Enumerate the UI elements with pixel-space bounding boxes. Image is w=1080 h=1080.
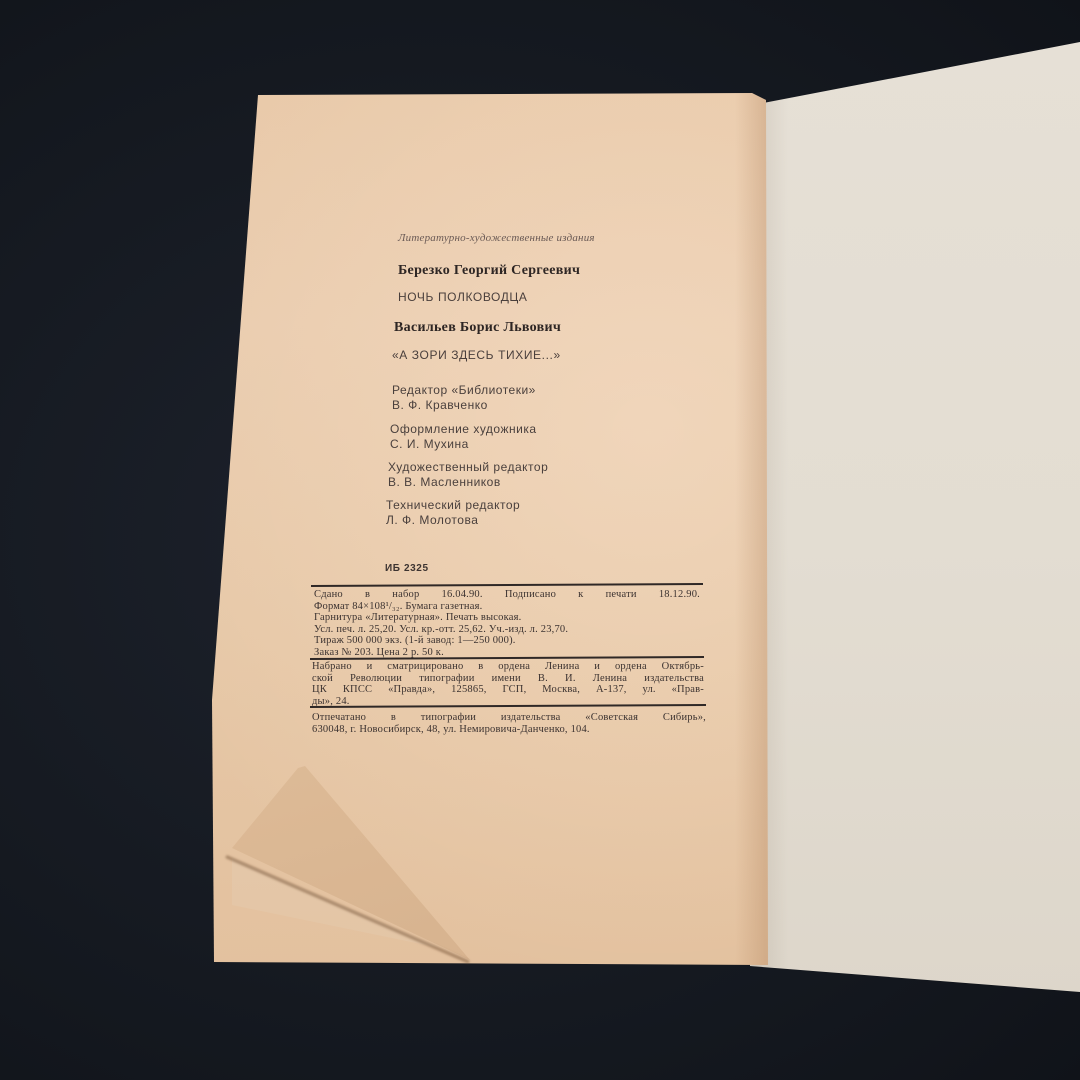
- imprint-line: Усл. печ. л. 25,20. Усл. кр.-отт. 25,62.…: [314, 624, 700, 636]
- credit-name: Л. Ф. Молотова: [386, 513, 520, 528]
- imprint-line: Формат 84×108¹/₃₂. Бумага газетная.: [314, 601, 700, 613]
- typesetting-line: Набрано и сматрицировано в ордена Ленина…: [312, 661, 704, 673]
- credit-library-editor: Редактор «Библиотеки» В. Ф. Кравченко: [392, 383, 536, 413]
- credit-role: Художественный редактор: [388, 460, 548, 475]
- imprint-line: Гарнитура «Литературная». Печать высокая…: [314, 612, 700, 624]
- imprint-line: Тираж 500 000 экз. (1-й завод: 1—250 000…: [314, 635, 700, 647]
- work-title-2: «А ЗОРИ ЗДЕСЬ ТИХИЕ...»: [392, 348, 561, 362]
- typesetting-line: ЦК КПСС «Правда», 125865, ГСП, Москва, А…: [312, 684, 704, 696]
- series-label: Литературно-художественные издания: [398, 232, 595, 244]
- typesetting-block: Набрано и сматрицировано в ордена Ленина…: [312, 661, 704, 707]
- credit-artist: Оформление художника С. И. Мухина: [390, 422, 537, 452]
- credit-role: Редактор «Библиотеки»: [392, 383, 536, 398]
- credit-name: С. И. Мухина: [390, 437, 537, 452]
- printing-block: Отпечатано в типографии издательства «Со…: [312, 712, 706, 735]
- credit-role: Технический редактор: [386, 498, 520, 513]
- credit-name: В. В. Масленников: [388, 475, 548, 490]
- author-2: Васильев Борис Львович: [394, 320, 561, 336]
- credit-tech-editor: Технический редактор Л. Ф. Молотова: [386, 498, 520, 528]
- ib-number: ИБ 2325: [385, 563, 429, 574]
- typesetting-line: ской Революции типографии имени В. И. Ле…: [312, 673, 704, 685]
- credit-role: Оформление художника: [390, 422, 537, 437]
- imprint-block: Сдано в набор 16.04.90. Подписано к печа…: [314, 589, 700, 658]
- author-1: Березко Георгий Сергеевич: [398, 263, 580, 279]
- credit-art-editor: Художественный редактор В. В. Масленнико…: [388, 460, 548, 490]
- imprint-line: Сдано в набор 16.04.90. Подписано к печа…: [314, 589, 700, 601]
- credit-name: В. Ф. Кравченко: [392, 398, 536, 413]
- printing-line: Отпечатано в типографии издательства «Со…: [312, 712, 706, 724]
- printing-line: 630048, г. Новосибирск, 48, ул. Немирови…: [312, 724, 706, 736]
- work-title-1: НОЧЬ ПОЛКОВОДЦА: [398, 290, 528, 304]
